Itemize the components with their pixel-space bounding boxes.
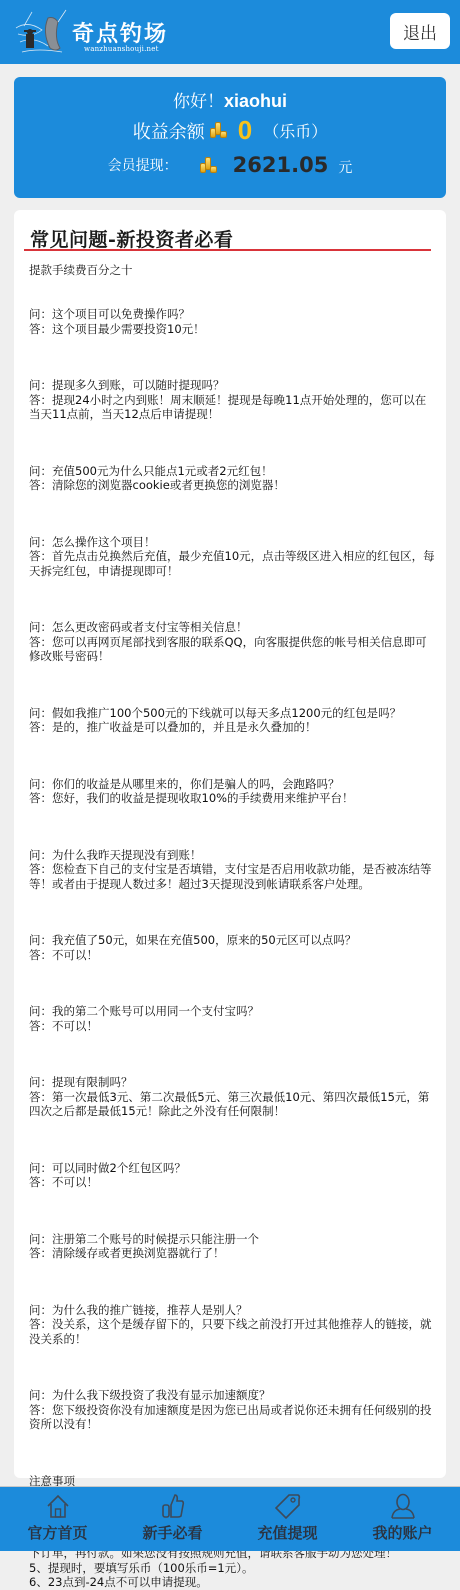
faq-question: 问：为什么我下级投资了我没有显示加速额度？: [29, 1388, 435, 1403]
faq-answer: 答：您下级投资你没有加速额度是因为您已出局或者说你还未拥有任何级别的投资所以没有…: [29, 1403, 435, 1432]
faq-item: 问：假如我推广100个500元的下线就可以每天多点1200元的红包是吗？ 答：是…: [29, 706, 435, 735]
faq-item: 问：为什么我的推广链接，推荐人是别人？ 答：没关系，这个是缓存留下的，只要下线之…: [29, 1303, 435, 1347]
faq-question: 问：提现有限制吗？: [29, 1075, 435, 1090]
faq-item: 问：我充值了50元，如果在充值500，原来的50元区可以点吗？ 答：不可以！: [29, 933, 435, 962]
logout-button[interactable]: 退出: [390, 13, 450, 49]
faq-answer: 答：您好，我们的收益是提现收取10%的手续费用来维护平台！: [29, 791, 435, 806]
faq-question: 问：为什么我昨天提现没有到账！: [29, 848, 435, 863]
faq-title: 常见问题-新投资者必看: [30, 225, 233, 252]
coin-stack-icon: [200, 157, 217, 174]
faq-question: 问：假如我推广100个500元的下线就可以每天多点1200元的红包是吗？: [29, 706, 435, 721]
faq-answer: 答：第一次最低3元、第二次最低5元、第三次最低10元、第四次最低15元，第四次之…: [29, 1090, 435, 1119]
faq-answer: 答：清除缓存或者更换浏览器就行了！: [29, 1246, 435, 1261]
withdraw-unit: 元: [338, 157, 352, 177]
faq-answer: 答：不可以！: [29, 1175, 435, 1190]
note-item: 5、提现时，要填写乐币（100乐币=1元）。: [29, 1561, 435, 1576]
faq-answer: 答：您可以再网页尾部找到客服的联系QQ，向客服提供您的帐号相关信息即可修改账号密…: [29, 635, 435, 664]
coin-stack-icon: [210, 122, 227, 139]
balance-label: 收益余额: [133, 118, 205, 144]
faq-question: 问：你们的收益是从哪里来的，你们是骗人的吗，会跑路吗？: [29, 777, 435, 792]
withdraw-value: 2621.05: [233, 153, 329, 177]
nav-my-account-label: 我的账户: [345, 1522, 460, 1543]
faq-item: 问：你们的收益是从哪里来的，你们是骗人的吗，会跑路吗？ 答：您好，我们的收益是提…: [29, 777, 435, 806]
faq-question: 问：怎么更改密码或者支付宝等相关信息！: [29, 620, 435, 635]
site-logo[interactable]: 奇点钓场 wanzhuanshouji.net: [14, 8, 174, 56]
withdraw-line: 会员提现： 2621.05 元: [14, 153, 446, 177]
faq-answer: 答：没关系，这个是缓存留下的，只要下线之前没打开过其他推荐人的链接，就没关系的！: [29, 1317, 435, 1346]
nav-home[interactable]: 官方首页: [0, 1487, 115, 1551]
faq-answer: 答：提现24小时之内到账！周末顺延！提现是每晚11点开始处理的，您可以在当天11…: [29, 393, 435, 422]
home-icon: [45, 1493, 71, 1519]
faq-body: 提款手续费百分之十 问：这个项目可以免费操作吗？ 答：这个项目最少需要投资10元…: [29, 263, 435, 1590]
note-item: 6、23点到-24点不可以申请提现。: [29, 1575, 435, 1590]
username: xiaohui: [224, 91, 287, 111]
faq-item: 问：提现多久到账，可以随时提现吗？ 答：提现24小时之内到账！周末顺延！提现是每…: [29, 378, 435, 422]
faq-item: 问：怎么更改密码或者支付宝等相关信息！ 答：您可以再网页尾部找到客服的联系QQ，…: [29, 620, 435, 664]
nav-recharge-withdraw-label: 充值提现: [230, 1522, 345, 1543]
faq-question: 问：为什么我的推广链接，推荐人是别人？: [29, 1303, 435, 1318]
faq-question: 问：这个项目可以免费操作吗？: [29, 307, 435, 322]
faq-item: 问：为什么我下级投资了我没有显示加速额度？ 答：您下级投资你没有加速额度是因为您…: [29, 1388, 435, 1432]
faq-answer: 答：不可以！: [29, 948, 435, 963]
faq-card: 常见问题-新投资者必看 提款手续费百分之十 问：这个项目可以免费操作吗？ 答：这…: [14, 210, 446, 1478]
nav-beginner-guide-label: 新手必看: [115, 1522, 230, 1543]
faq-question: 问：可以同时做2个红包区吗？: [29, 1161, 435, 1176]
faq-question: 问：充值500元为什么只能点1元或者2元红包！: [29, 464, 435, 479]
top-bar: 奇点钓场 wanzhuanshouji.net 退出: [0, 0, 460, 64]
faq-item: 问：充值500元为什么只能点1元或者2元红包！ 答：清除您的浏览器cookie或…: [29, 464, 435, 493]
user-icon: [390, 1493, 416, 1519]
faq-item: 问：可以同时做2个红包区吗？ 答：不可以！: [29, 1161, 435, 1190]
thumbs-up-icon: [160, 1493, 186, 1519]
faq-item: 问：这个项目可以免费操作吗？ 答：这个项目最少需要投资10元！: [29, 307, 435, 336]
faq-item: 问：注册第二个账号的时候提示只能注册一个 答：清除缓存或者更换浏览器就行了！: [29, 1232, 435, 1261]
faq-answer: 答：是的，推广收益是可以叠加的，并且是永久叠加的！: [29, 720, 435, 735]
bottom-nav: 官方首页 新手必看 充值提现 我的账户: [0, 1486, 460, 1551]
faq-item: 问：为什么我昨天提现没有到账！ 答：您检查下自己的支付宝是否填错，支付宝是否启用…: [29, 848, 435, 892]
account-summary-card: 你好！xiaohui 收益余额 0 （乐币） 会员提现： 2621.05 元: [14, 77, 446, 198]
faq-answer: 答：首先点击兑换然后充值，最少充值10元，点击等级区进入相应的红包区，每天拆完红…: [29, 549, 435, 578]
faq-title-bar: 常见问题-新投资者必看: [24, 225, 431, 251]
logo-title: 奇点钓场: [72, 17, 168, 48]
fisherman-logo-icon: [14, 8, 68, 56]
balance-line: 收益余额 0 （乐币）: [14, 115, 446, 146]
faq-question: 问：我充值了50元，如果在充值500，原来的50元区可以点吗？: [29, 933, 435, 948]
greeting-line: 你好！xiaohui: [14, 87, 446, 112]
nav-my-account[interactable]: 我的账户: [345, 1487, 460, 1551]
faq-answer: 答：这个项目最少需要投资10元！: [29, 322, 435, 337]
faq-answer: 答：清除您的浏览器cookie或者更换您的浏览器！: [29, 478, 435, 493]
faq-question: 问：提现多久到账，可以随时提现吗？: [29, 378, 435, 393]
nav-beginner-guide[interactable]: 新手必看: [115, 1487, 230, 1551]
nav-home-label: 官方首页: [0, 1522, 115, 1543]
faq-answer: 答：不可以！: [29, 1019, 435, 1034]
faq-item: 问：提现有限制吗？ 答：第一次最低3元、第二次最低5元、第三次最低10元、第四次…: [29, 1075, 435, 1119]
balance-unit: （乐币）: [263, 119, 327, 142]
faq-question: 问：注册第二个账号的时候提示只能注册一个: [29, 1232, 435, 1247]
faq-item: 问：怎么操作这个项目！ 答：首先点击兑换然后充值，最少充值10元，点击等级区进入…: [29, 535, 435, 579]
faq-intro: 提款手续费百分之十: [29, 263, 435, 307]
greeting-text: 你好！: [173, 92, 224, 112]
faq-item: 问：我的第二个账号可以用同一个支付宝吗？ 答：不可以！: [29, 1004, 435, 1033]
tag-icon: [275, 1493, 301, 1519]
logo-subtitle: wanzhuanshouji.net: [84, 45, 159, 53]
faq-answer: 答：您检查下自己的支付宝是否填错，支付宝是否启用收款功能，是否被冻结等等！或者由…: [29, 862, 435, 891]
faq-question: 问：怎么操作这个项目！: [29, 535, 435, 550]
balance-value: 0: [238, 115, 252, 146]
withdraw-label: 会员提现：: [108, 155, 178, 175]
faq-question: 问：我的第二个账号可以用同一个支付宝吗？: [29, 1004, 435, 1019]
nav-recharge-withdraw[interactable]: 充值提现: [230, 1487, 345, 1551]
